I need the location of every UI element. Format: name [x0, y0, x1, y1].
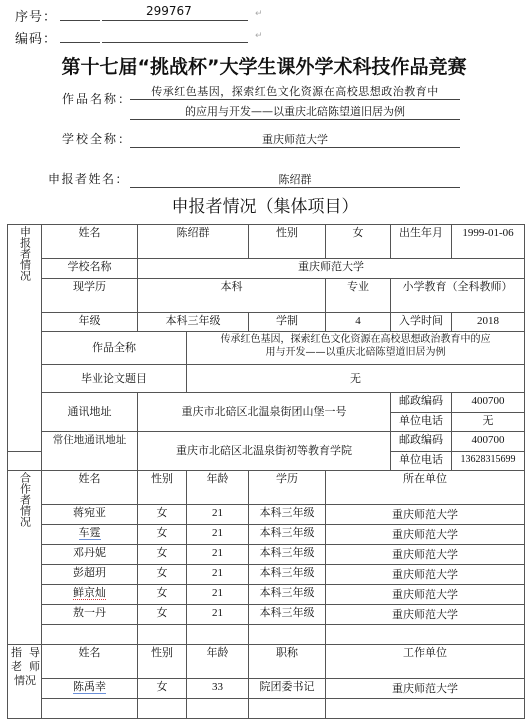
collab-unit: 重庆师范大学	[326, 505, 525, 525]
collab-unit: 重庆师范大学	[326, 565, 525, 585]
collab-age: 21	[187, 605, 249, 625]
table-row: 陈禹幸 女 33 院团委书记 重庆师范大学	[8, 679, 525, 699]
birth-value: 1999-01-06	[452, 225, 525, 259]
thesis-value: 无	[187, 365, 525, 393]
collab-header-name: 姓名	[42, 471, 138, 505]
name-label: 姓名	[42, 225, 138, 259]
work-full-value: 传承红色基因，探索红色文化资源在高校思想政治教育中的应 用与开发——以重庆北碚陈…	[187, 332, 525, 365]
collab-gender: 女	[138, 525, 187, 545]
collab-name: 敖一丹	[42, 605, 138, 625]
home-phone-value: 13628315699	[452, 452, 525, 471]
collab-education: 本科三年级	[249, 505, 326, 525]
code-label: 编码：	[15, 28, 57, 47]
address-value: 重庆市北碚区北温泉街团山堡一号	[138, 393, 391, 432]
collab-gender: 女	[138, 545, 187, 565]
work-name-label: 作品名称：	[62, 90, 132, 107]
applicant-info-table: 申报者情况 姓名 陈绍群 性别 女 出生年月 1999-01-06 学校名称 重…	[7, 224, 525, 719]
advisor-name: 陈禹幸	[42, 679, 138, 699]
collab-header-gender: 性别	[138, 471, 187, 505]
school-name-value: 重庆师范大学	[138, 259, 525, 279]
home-address-value: 重庆市北碚区北温泉街初等教育学院	[138, 432, 391, 471]
collab-unit: 重庆师范大学	[326, 605, 525, 625]
collab-header-age: 年龄	[187, 471, 249, 505]
table-row: 车霆 女 21 本科三年级 重庆师范大学	[8, 525, 525, 545]
degree-label: 现学历	[42, 279, 138, 313]
work-full-line-2: 用与开发——以重庆北碚陈望道旧居为例	[189, 346, 522, 359]
collab-education: 本科三年级	[249, 565, 326, 585]
work-full-label: 作品全称	[42, 332, 187, 365]
table-row: 鲜京灿 女 21 本科三年级 重庆师范大学	[8, 585, 525, 605]
home-address-label: 常住地通讯地址	[42, 432, 138, 471]
advisor-header-name: 姓名	[42, 645, 138, 679]
collab-name: 蒋宛亚	[42, 505, 138, 525]
work-name-line-1: 传承红色基因，探索红色文化资源在高校思想政治教育中	[130, 83, 460, 100]
code-underline-a	[60, 42, 100, 43]
collab-age: 21	[187, 505, 249, 525]
serial-value: 299767	[146, 4, 192, 18]
para-mark: ↵	[255, 9, 263, 19]
collab-education: 本科三年级	[249, 585, 326, 605]
work-name-line-2: 的应用与开发——以重庆北碚陈望道旧居为例	[130, 103, 460, 120]
collab-gender: 女	[138, 585, 187, 605]
applicant-name-label: 申报者姓名：	[48, 170, 129, 187]
birth-label: 出生年月	[391, 225, 452, 259]
empty-cell	[138, 699, 187, 719]
collab-gender: 女	[138, 565, 187, 585]
serial-label: 序号：	[15, 6, 57, 25]
collab-header-education: 学历	[249, 471, 326, 505]
table-row: 蒋宛亚 女 21 本科三年级 重庆师范大学	[8, 505, 525, 525]
table-row-empty	[8, 625, 525, 645]
name-value: 陈绍群	[138, 225, 249, 259]
table-row: 邓丹妮 女 21 本科三年级 重庆师范大学	[8, 545, 525, 565]
collab-age: 21	[187, 525, 249, 545]
work-full-line-1: 传承红色基因，探索红色文化资源在高校思想政治教育中的应	[189, 333, 522, 346]
code-underline-b	[102, 42, 248, 43]
advisor-side-label: 指 导 老 师 情况	[8, 645, 42, 719]
empty-cell	[187, 625, 249, 645]
major-value: 小学教育（全科教师）	[391, 279, 525, 313]
collab-gender: 女	[138, 605, 187, 625]
advisor-age: 33	[187, 679, 249, 699]
empty-cell	[42, 625, 138, 645]
applicant-name-value: 陈绍群	[130, 171, 460, 188]
collab-education: 本科三年级	[249, 545, 326, 565]
collab-gender: 女	[138, 505, 187, 525]
gender-label: 性别	[249, 225, 326, 259]
postal-label: 邮政编码	[391, 393, 452, 413]
collab-unit: 重庆师范大学	[326, 525, 525, 545]
empty-cell	[138, 625, 187, 645]
length-label: 学制	[249, 313, 326, 332]
collab-education: 本科三年级	[249, 605, 326, 625]
school-name-label: 学校名称	[42, 259, 138, 279]
table-row: 敖一丹 女 21 本科三年级 重庆师范大学	[8, 605, 525, 625]
postal-value: 400700	[452, 393, 525, 413]
collab-name: 彭超玥	[42, 565, 138, 585]
school-label: 学校全称：	[62, 130, 132, 147]
empty-cell	[187, 699, 249, 719]
serial-underline-b	[102, 20, 248, 21]
advisor-header-gender: 性别	[138, 645, 187, 679]
empty-cell	[326, 699, 525, 719]
section-title: 申报者情况（集体项目）	[150, 192, 380, 217]
advisor-unit: 重庆师范大学	[326, 679, 525, 699]
empty-cell	[249, 625, 326, 645]
para-mark: ↵	[255, 31, 263, 41]
collab-age: 21	[187, 585, 249, 605]
empty-cell	[249, 699, 326, 719]
home-postal-label: 邮政编码	[391, 432, 452, 452]
collab-name: 车霆	[42, 525, 138, 545]
grade-value: 本科三年级	[138, 313, 249, 332]
collab-header-unit: 所在单位	[326, 471, 525, 505]
applicant-side-label: 申报者情况	[8, 225, 42, 452]
home-postal-value: 400700	[452, 432, 525, 452]
length-value: 4	[326, 313, 391, 332]
school-value: 重庆师范大学	[130, 131, 460, 148]
table-row-empty	[8, 699, 525, 719]
grade-label: 年级	[42, 313, 138, 332]
serial-underline-a	[60, 20, 100, 21]
phone-value: 无	[452, 413, 525, 432]
table-row: 彭超玥 女 21 本科三年级 重庆师范大学	[8, 565, 525, 585]
address-label: 通讯地址	[42, 393, 138, 432]
collab-name: 鲜京灿	[42, 585, 138, 605]
competition-title: 第十七届“挑战杯”大学生课外学术科技作品竞赛	[44, 52, 484, 79]
major-label: 专业	[326, 279, 391, 313]
advisor-header-age: 年龄	[187, 645, 249, 679]
collab-age: 21	[187, 565, 249, 585]
collab-name: 邓丹妮	[42, 545, 138, 565]
collab-education: 本科三年级	[249, 525, 326, 545]
empty-cell	[326, 625, 525, 645]
advisor-header-unit: 工作单位	[326, 645, 525, 679]
phone-label: 单位电话	[391, 413, 452, 432]
collab-unit: 重庆师范大学	[326, 585, 525, 605]
home-phone-label: 单位电话	[391, 452, 452, 471]
advisor-header-title: 职称	[249, 645, 326, 679]
degree-value: 本科	[138, 279, 326, 313]
thesis-label: 毕业论文题目	[42, 365, 187, 393]
gender-value: 女	[326, 225, 391, 259]
enroll-value: 2018	[452, 313, 525, 332]
collaborators-side-label: 合作者情况	[8, 471, 42, 645]
advisor-title: 院团委书记	[249, 679, 326, 699]
enroll-label: 入学时间	[391, 313, 452, 332]
collab-unit: 重庆师范大学	[326, 545, 525, 565]
empty-cell	[42, 699, 138, 719]
collab-age: 21	[187, 545, 249, 565]
advisor-gender: 女	[138, 679, 187, 699]
